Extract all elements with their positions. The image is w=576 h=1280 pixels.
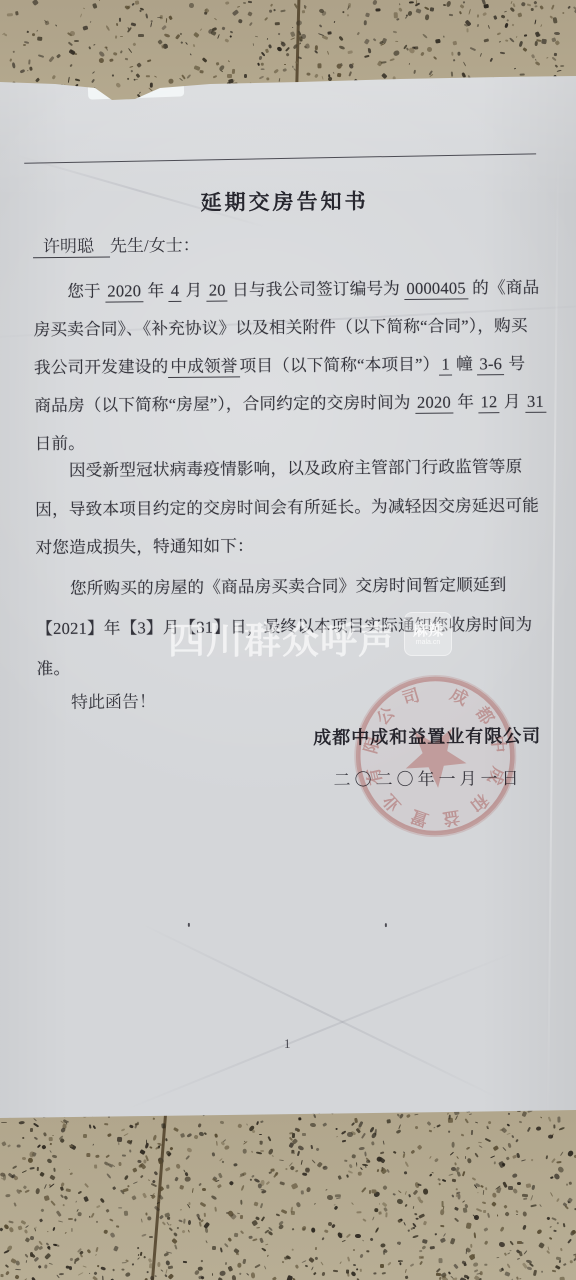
paragraph: 因受新型冠状病毒疫情影响，以及政府主管部门行政监管等原因，导致本项目约定的交房时… <box>35 453 556 573</box>
notice-line: 您于 2020 年 4 月 20 日与我公司签订编号为 0000405 的《商品 <box>33 274 553 317</box>
top-rule-line <box>24 153 536 163</box>
addressee-suffix: 先生/女士： <box>110 236 200 256</box>
page-number: 1 <box>284 1036 291 1052</box>
ink-speck <box>385 923 387 927</box>
notice-title: 延期交房告知书 <box>0 184 573 219</box>
floor-tile-bottom <box>0 1090 576 1280</box>
notice-line: 因受新型冠状病毒疫情影响，以及政府主管部门行政监管等原 <box>35 453 555 496</box>
notice-line: 您所购买的房屋的《商品房买卖合同》交房时间暂定顺延到 <box>36 571 556 616</box>
notice-document: 延期交房告知书 许明聪先生/女士： 您于 2020 年 4 月 20 日与我公司… <box>0 70 576 1122</box>
notice-line: 我公司开发建设的中成领誉项目（以下简称“本项目”）1 幢 3-6 号 <box>34 350 554 393</box>
company-seal-stamp: 成都中成和益置业有限公司 <box>316 639 553 876</box>
notice-line: 对您造成损失，特通知如下： <box>35 530 555 573</box>
paragraph: 您于 2020 年 4 月 20 日与我公司签订编号为 0000405 的《商品… <box>33 274 555 469</box>
notice-line: 商品房（以下简称“房屋”），合同约定的交房时间为 2020 年 12 月 31 <box>34 388 554 431</box>
notice-line: 因，导致本项目约定的交房时间会有所延长。为减轻因交房延迟可能 <box>35 491 555 534</box>
addressee-line: 许明聪先生/女士： <box>33 231 200 257</box>
notice-line: 【2021】年【3】月【31】日，最终以本项目实际通知您收房时间为 <box>36 611 556 656</box>
document-content: 延期交房告知书 许明聪先生/女士： 您于 2020 年 4 月 20 日与我公司… <box>0 68 576 1125</box>
notice-line: 房买卖合同》、《补充协议》以及相关附件（以下简称“合同”），购买 <box>34 312 554 355</box>
photo-scene: 延期交房告知书 许明聪先生/女士： 您于 2020 年 4 月 20 日与我公司… <box>0 0 576 1280</box>
addressee-name: 许明聪 <box>33 237 110 259</box>
closing-line: 特此函告！ <box>71 687 156 713</box>
ink-speck <box>188 923 190 927</box>
